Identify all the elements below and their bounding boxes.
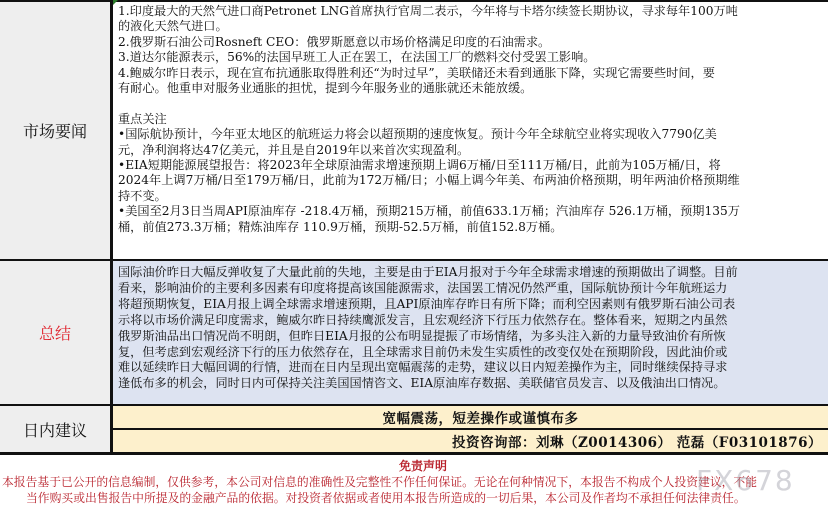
market-news-content: 1.印度最大的天然气进口商Petronet LNG首席执行官周二表示，今年将与卡… [113,2,828,259]
focus-line: 桶，前值273.3万桶；精炼油库存 110.9万桶，预期-52.5万桶，前值15… [118,220,824,235]
intraday-advice-label: 日内建议 [0,406,113,452]
report-table: 市场要闻 1.印度最大的天然气进口商Petronet LNG首席执行官周二表示，… [0,0,828,455]
advice-recommendation: 宽幅震荡，短差操作或谨慎布多 [113,406,828,430]
market-news-label: 市场要闻 [0,2,113,259]
disclaimer-line: 本报告基于已公开的信息编制，仅供参考，本公司对信息的准确性及完整性不作任何保证。… [0,474,828,490]
news-line: 4.鲍威尔昨日表示，现在宣布抗通胀取得胜利还“为时过早”，美联储还未看到通胀下降… [118,66,824,81]
summary-label: 总结 [0,261,113,404]
disclaimer-title: 免责声明 [0,458,828,474]
focus-line: 持不变。 [118,189,824,204]
summary-line: 将超预期恢复，EIA月报上调全球需求增速预期，且API原油库存昨日有所下降；而利… [118,297,824,313]
summary-content: 国际油价昨日大幅反弹收复了大量此前的失地，主要是由于EIA月报对于今年全球需求增… [113,261,828,404]
summary-line: 逢低布多的机会，同时日内可保持关注美国国情咨文、EIA原油库存数据、美联储官员发… [118,376,824,392]
news-line: 1.印度最大的天然气进口商Petronet LNG首席执行官周二表示，今年将与卡… [118,4,824,19]
summary-line: 示将以市场价满足印度需求，鲍威尔昨日持续鹰派发言，且宏观经济下行压力依然存在。整… [118,313,824,329]
summary-line: 俄罗斯油品出口情况尚不明朗，但昨日EIA月报的公布明显提振了市场情绪，为多头注入… [118,329,824,345]
focus-title: 重点关注 [118,112,824,127]
focus-line: 元，净利润将达47亿美元，并且是自2019年以来首次实现盈利。 [118,143,824,158]
focus-line: •EIA短期能源展望报告：将2023年全球原油需求增速预期上调6万桶/日至111… [118,158,824,173]
news-line: 3.道达尔能源表示，56%的法国早班工人正在罢工，在法国工厂的燃料交付受罢工影响… [118,50,824,65]
focus-line: 2024年上调7万桶/日至179万桶/日，此前为172万桶/日；小幅上调今年美、… [118,173,824,188]
disclaimer: 免责声明 本报告基于已公开的信息编制，仅供参考，本公司对信息的准确性及完整性不作… [0,458,828,506]
news-line: 2.俄罗斯石油公司Rosneft CEO：俄罗斯愿意以市场价格满足印度的石油需求… [118,35,824,50]
summary-line: 看来，影响油价的主要利多因素有印度将提高该国能源需求，法国罢工情况仍然严重，国际… [118,281,824,297]
focus-line: •美国至2月3日当周API原油库存 -218.4万桶，预期215万桶，前值633… [118,204,824,219]
advisor-credits: 投资咨询部：刘琳（Z0014306） 范磊（F03101876） [113,430,828,452]
summary-line: 复，但考虑到宏观经济下行的压力依然存在，且全球需求目前仍未发生实质性的改变仅处在… [118,345,824,361]
blank-line [118,96,824,111]
intraday-advice-row: 日内建议 宽幅震荡，短差操作或谨慎布多 投资咨询部：刘琳（Z0014306） 范… [0,404,828,452]
advice-content: 宽幅震荡，短差操作或谨慎布多 投资咨询部：刘琳（Z0014306） 范磊（F03… [113,406,828,452]
summary-line: 难以延续昨日大幅回调的行情，进而在日内呈现出宽幅震荡的走势，建议以日内短差操作为… [118,360,824,376]
summary-line: 国际油价昨日大幅反弹收复了大量此前的失地，主要是由于EIA月报对于今年全球需求增… [118,265,824,281]
news-line: 的液化天然气进口。 [118,19,824,34]
news-line: 有耐心。他重申对服务业通胀的担忧，提到今年服务业的通胀就还未能放缓。 [118,81,824,96]
cell-comment-marker [113,0,118,5]
disclaimer-line: 当作购买或出售报告中所提及的金融产品的依据。对投资者依据或者使用本报告所造成的一… [0,490,828,506]
focus-line: •国际航协预计，今年亚太地区的航班运力将会以超预期的速度恢复。预计今年全球航空业… [118,127,824,142]
summary-row: 总结 国际油价昨日大幅反弹收复了大量此前的失地，主要是由于EIA月报对于今年全球… [0,259,828,404]
market-news-row: 市场要闻 1.印度最大的天然气进口商Petronet LNG首席执行官周二表示，… [0,0,828,259]
